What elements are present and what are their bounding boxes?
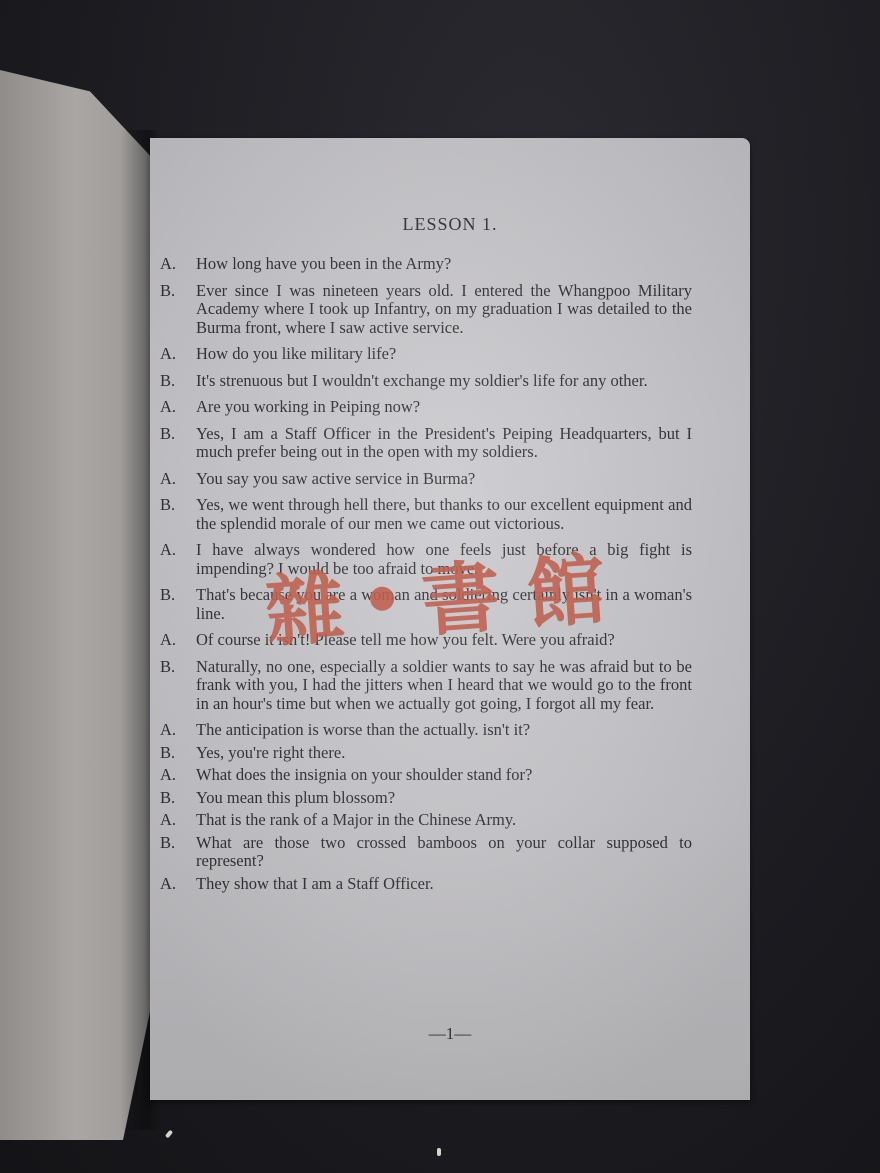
dialogue-line: A.They show that I am a Staff Officer.	[160, 875, 692, 894]
page-number: —1—	[150, 1024, 750, 1044]
dialogue-text: Are you working in Peiping now?	[196, 398, 692, 417]
dialogue-line: A.I have always wondered how one feels j…	[160, 541, 692, 578]
speaker-label: A.	[160, 398, 196, 417]
speaker-label: A.	[160, 541, 196, 578]
dialogue-text: They show that I am a Staff Officer.	[196, 875, 692, 894]
dialogue-text: What does the insignia on your shoulder …	[196, 766, 692, 785]
dialogue-text: I have always wondered how one feels jus…	[196, 541, 692, 578]
speaker-label: A.	[160, 875, 196, 894]
dialogue-line: A.Are you working in Peiping now?	[160, 398, 692, 417]
dialogue-line: A.You say you saw active service in Burm…	[160, 470, 692, 489]
dialogue-line: B.Yes, you're right there.	[160, 744, 692, 763]
dialogue-line: A.That is the rank of a Major in the Chi…	[160, 811, 692, 830]
speaker-label: B.	[160, 658, 196, 714]
dialogue-text: What are those two crossed bamboos on yo…	[196, 834, 692, 871]
speaker-label: B.	[160, 425, 196, 462]
dialogue-text: How do you like military life?	[196, 345, 692, 364]
dialogue-line: A.What does the insignia on your shoulde…	[160, 766, 692, 785]
dialogue-line: A.Of course it isn't! Please tell me how…	[160, 631, 692, 650]
dialogue-line: B.You mean this plum blossom?	[160, 789, 692, 808]
dialogue-text: You mean this plum blossom?	[196, 789, 692, 808]
dialogue-text: That is the rank of a Major in the Chine…	[196, 811, 692, 830]
speaker-label: A.	[160, 345, 196, 364]
dust-speck	[437, 1148, 441, 1156]
dialogue-line: B.Yes, we went through hell there, but t…	[160, 496, 692, 533]
speaker-label: B.	[160, 834, 196, 871]
dialogue-text: How long have you been in the Army?	[196, 255, 692, 274]
dialogue-text: The anticipation is worse than the actua…	[196, 721, 692, 740]
speaker-label: B.	[160, 372, 196, 391]
speaker-label: B.	[160, 744, 196, 763]
dialogue-text: You say you saw active service in Burma?	[196, 470, 692, 489]
speaker-label: B.	[160, 496, 196, 533]
dialogue-text: Ever since I was nineteen years old. I e…	[196, 282, 692, 338]
dialogue-line: B.What are those two crossed bamboos on …	[160, 834, 692, 871]
dialogue-line: A.How long have you been in the Army?	[160, 255, 692, 274]
dialogue-line: B.Naturally, no one, especially a soldie…	[160, 658, 692, 714]
speaker-label: A.	[160, 470, 196, 489]
dialogue-text: That's because you are a woman and soldi…	[196, 586, 692, 623]
speaker-label: A.	[160, 255, 196, 274]
dialogue-line: B.Ever since I was nineteen years old. I…	[160, 282, 692, 338]
dialogue-line: A.The anticipation is worse than the act…	[160, 721, 692, 740]
lesson-title: LESSON 1.	[150, 214, 750, 235]
dialogue-line: B.That's because you are a woman and sol…	[160, 586, 692, 623]
dialogue-text: Yes, I am a Staff Officer in the Preside…	[196, 425, 692, 462]
dialogue-text: Of course it isn't! Please tell me how y…	[196, 631, 692, 650]
dialogue-line: A.How do you like military life?	[160, 345, 692, 364]
speaker-label: A.	[160, 811, 196, 830]
speaker-label: B.	[160, 789, 196, 808]
book-page: LESSON 1. A.How long have you been in th…	[150, 138, 750, 1100]
speaker-label: B.	[160, 586, 196, 623]
dialogue-text: Naturally, no one, especially a soldier …	[196, 658, 692, 714]
speaker-label: A.	[160, 721, 196, 740]
dialogue-line: B.It's strenuous but I wouldn't exchange…	[160, 372, 692, 391]
dialogue-text: Yes, we went through hell there, but tha…	[196, 496, 692, 533]
speaker-label: A.	[160, 631, 196, 650]
dialogue-text: It's strenuous but I wouldn't exchange m…	[196, 372, 692, 391]
dialogue-text: Yes, you're right there.	[196, 744, 692, 763]
speaker-label: A.	[160, 766, 196, 785]
dialogue-line: B.Yes, I am a Staff Officer in the Presi…	[160, 425, 692, 462]
speaker-label: B.	[160, 282, 196, 338]
dialogue-list: A.How long have you been in the Army? B.…	[160, 255, 692, 897]
